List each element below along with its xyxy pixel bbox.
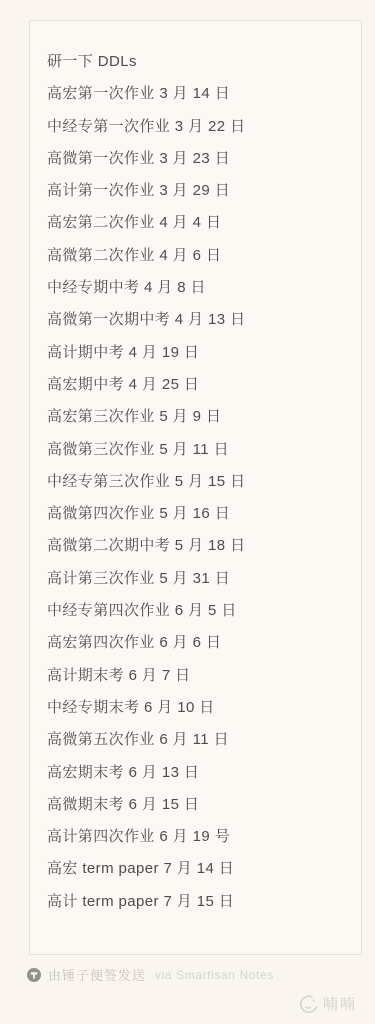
smartisan-logo-icon bbox=[27, 968, 41, 982]
note-card: 研一下 DDLs 高宏第一次作业 3 月 14 日中经专第一次作业 3 月 22… bbox=[29, 20, 362, 955]
note-line: 高微期末考 6 月 15 日 bbox=[47, 789, 347, 821]
share-footer: 由锤子便签发送 via Smartisan Notes bbox=[27, 965, 274, 984]
note-line: 高微第三次作业 5 月 11 日 bbox=[47, 434, 347, 466]
note-line: 高计 term paper 7 月 15 日 bbox=[47, 886, 347, 918]
note-lines: 高宏第一次作业 3 月 14 日中经专第一次作业 3 月 22 日高微第一次作业… bbox=[47, 78, 347, 918]
note-line: 高计期末考 6 月 7 日 bbox=[47, 660, 347, 692]
watermark-text: 喃喃 bbox=[323, 993, 357, 1014]
note-line: 高微第一次作业 3 月 23 日 bbox=[47, 143, 347, 175]
note-line: 高宏第四次作业 6 月 6 日 bbox=[47, 627, 347, 659]
note-line: 高宏第三次作业 5 月 9 日 bbox=[47, 401, 347, 433]
note-line: 高宏第二次作业 4 月 4 日 bbox=[47, 207, 347, 239]
note-line: 高微第一次期中考 4 月 13 日 bbox=[47, 304, 347, 336]
sent-via-text: 由锤子便签发送 bbox=[48, 965, 146, 984]
note-line: 高微第二次作业 4 月 6 日 bbox=[47, 240, 347, 272]
nannan-logo-icon bbox=[293, 994, 319, 1014]
sent-via-subtext: via Smartisan Notes bbox=[155, 968, 274, 982]
note-line: 高微第二次期中考 5 月 18 日 bbox=[47, 530, 347, 562]
note-line: 高计第三次作业 5 月 31 日 bbox=[47, 563, 347, 595]
note-line: 高计第一次作业 3 月 29 日 bbox=[47, 175, 347, 207]
note-line: 高计第四次作业 6 月 19 号 bbox=[47, 821, 347, 853]
note-line: 中经专第四次作业 6 月 5 日 bbox=[47, 595, 347, 627]
note-line: 中经专第一次作业 3 月 22 日 bbox=[47, 111, 347, 143]
note-line: 高微第四次作业 5 月 16 日 bbox=[47, 498, 347, 530]
note-line: 高宏期中考 4 月 25 日 bbox=[47, 369, 347, 401]
note-title: 研一下 DDLs bbox=[47, 46, 347, 78]
note-line: 高计期中考 4 月 19 日 bbox=[47, 337, 347, 369]
note-line: 高宏期末考 6 月 13 日 bbox=[47, 757, 347, 789]
note-line: 中经专期中考 4 月 8 日 bbox=[47, 272, 347, 304]
note-line: 中经专第三次作业 5 月 15 日 bbox=[47, 466, 347, 498]
note-line: 高宏第一次作业 3 月 14 日 bbox=[47, 78, 347, 110]
note-line: 高宏 term paper 7 月 14 日 bbox=[47, 853, 347, 885]
note-line: 中经专期末考 6 月 10 日 bbox=[47, 692, 347, 724]
note-line: 高微第五次作业 6 月 11 日 bbox=[47, 724, 347, 756]
watermark: 喃喃 bbox=[293, 993, 357, 1014]
